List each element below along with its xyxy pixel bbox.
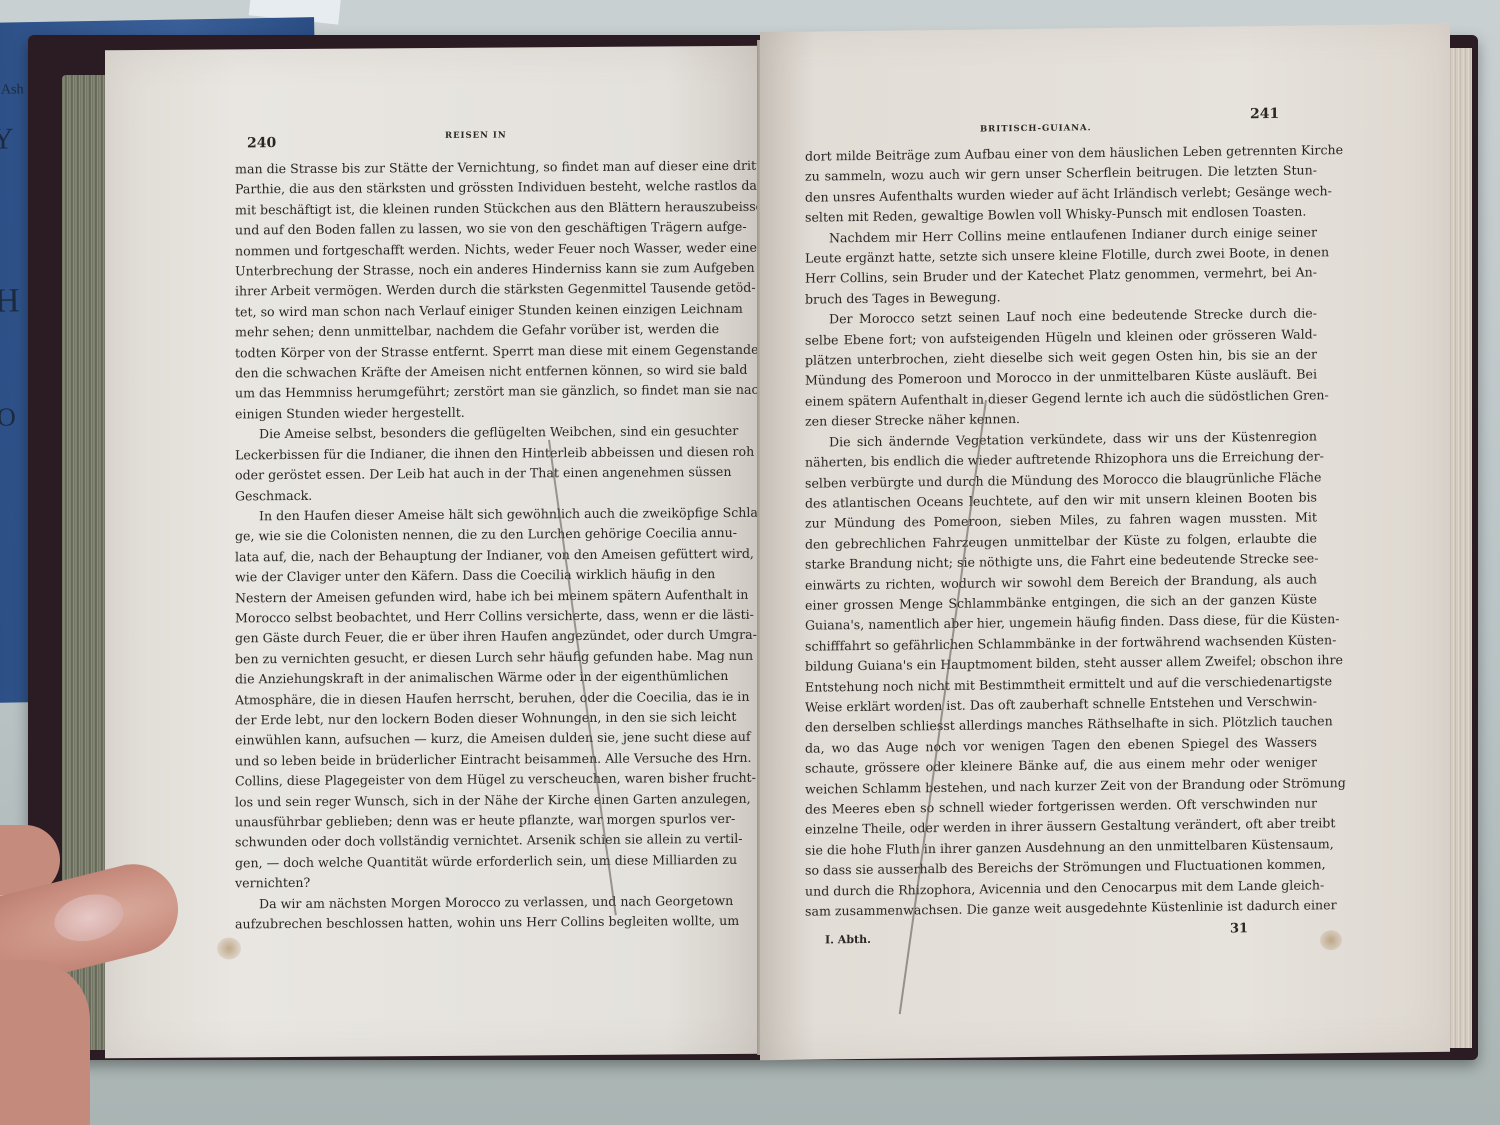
left-page-body: man die Strasse bis zur Stätte der Verni… [235,156,707,935]
text-line: mehr sehen; denn unmittelbar, nachdem di… [235,319,707,343]
foxing-stain [1320,930,1342,950]
right-page-body: dort milde Beiträge zum Aufbau einer von… [805,140,1317,922]
thumbnail [49,887,128,948]
blue-book-text: H [0,282,20,320]
hand [0,960,90,1125]
text-line: um das Hemmniss herumgeführt; zerstört m… [235,381,707,405]
text-line: Collins, diese Plagegeister von dem Hüge… [235,768,707,792]
text-line: gen, — doch welche Quantität würde erfor… [235,850,707,874]
text-line: Die Ameise selbst, besonders die geflüge… [235,421,707,445]
signature-mark: I. Abth. [825,933,871,947]
text-line: die Anziehungskraft in der animalischen … [235,666,707,690]
running-head-right: BRITISCH-GUIANA. [980,123,1092,134]
text-line: ge, wie sie die Colonisten nennen, die z… [235,523,707,547]
page-number-left: 240 [247,135,276,151]
left-page[interactable]: 240 REISEN IN man die Strasse bis zur St… [105,46,765,1059]
running-head-left: REISEN IN [445,130,507,140]
text-line: wie der Claviger unter den Käfern. Dass … [235,564,707,588]
foxing-stain [217,937,241,959]
text-line: oder geröstet essen. Der Leib hat auch i… [235,462,707,486]
blue-book-text: y Ash [0,82,24,99]
text-line: aufzubrechen beschlossen hatten, wohin u… [235,911,707,935]
text-line: und auf den Boden fallen zu lassen, wo s… [235,217,707,241]
sheet-number: 31 [1230,921,1248,936]
right-page[interactable]: BRITISCH-GUIANA. 241 dort milde Beiträge… [760,24,1450,1060]
blue-book-text: O [0,402,16,432]
blue-book-text: Y [0,122,14,156]
page-number-right: 241 [1250,106,1279,122]
